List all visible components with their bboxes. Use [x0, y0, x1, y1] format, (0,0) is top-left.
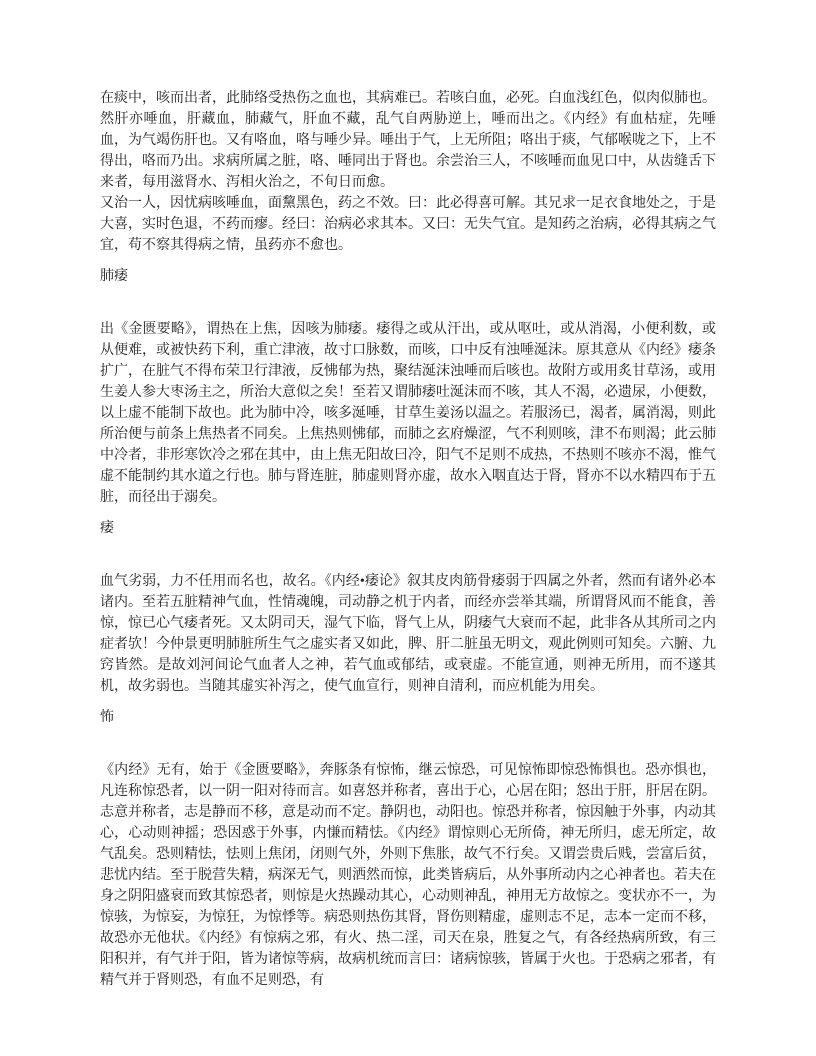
section-wei: 痿 血气劣弱，力不任用而名也，故名。《内经•痿论》叙其皮肉筋骨痿弱于四属之外者，…	[100, 518, 716, 697]
paragraph: 《内经》无有，始于《金匮要略》，奔豚条有惊怖，继云惊恐，可见惊怖即惊恐怖惧也。恐…	[100, 760, 716, 991]
paragraph: 出《金匮要略》，谓热在上焦，因咳为肺痿。痿得之或从汗出，或从呕吐，或从消渴，小便…	[100, 319, 716, 508]
section-bu: 怖 《内经》无有，始于《金匮要略》，奔豚条有惊怖，继云惊恐，可见惊怖即惊恐怖惧也…	[100, 707, 716, 991]
paragraph: 在痰中，咳而出者，此肺络受热伤之血也，其病难已。若咳白血，必死。白血浅红色，似肉…	[100, 88, 716, 193]
section-heading-feiwei: 肺痿	[100, 266, 716, 287]
document-page: 在痰中，咳而出者，此肺络受热伤之血也，其病难已。若咳白血，必死。白血浅红色，似肉…	[0, 0, 816, 1056]
paragraph: 又治一人，因忧病咳唾血，面黧黑色，药之不效。曰：此必得喜可解。其兄求一足衣食地处…	[100, 193, 716, 256]
section-heading-bu: 怖	[100, 707, 716, 728]
section-feiwei: 肺痿 出《金匮要略》，谓热在上焦，因咳为肺痿。痿得之或从汗出，或从呕吐，或从消渴…	[100, 266, 716, 508]
section-blood-in-sputum: 在痰中，咳而出者，此肺络受热伤之血也，其病难已。若咳白血，必死。白血浅红色，似肉…	[100, 88, 716, 256]
paragraph: 血气劣弱，力不任用而名也，故名。《内经•痿论》叙其皮肉筋骨痿弱于四属之外者，然而…	[100, 571, 716, 697]
section-heading-wei: 痿	[100, 518, 716, 539]
